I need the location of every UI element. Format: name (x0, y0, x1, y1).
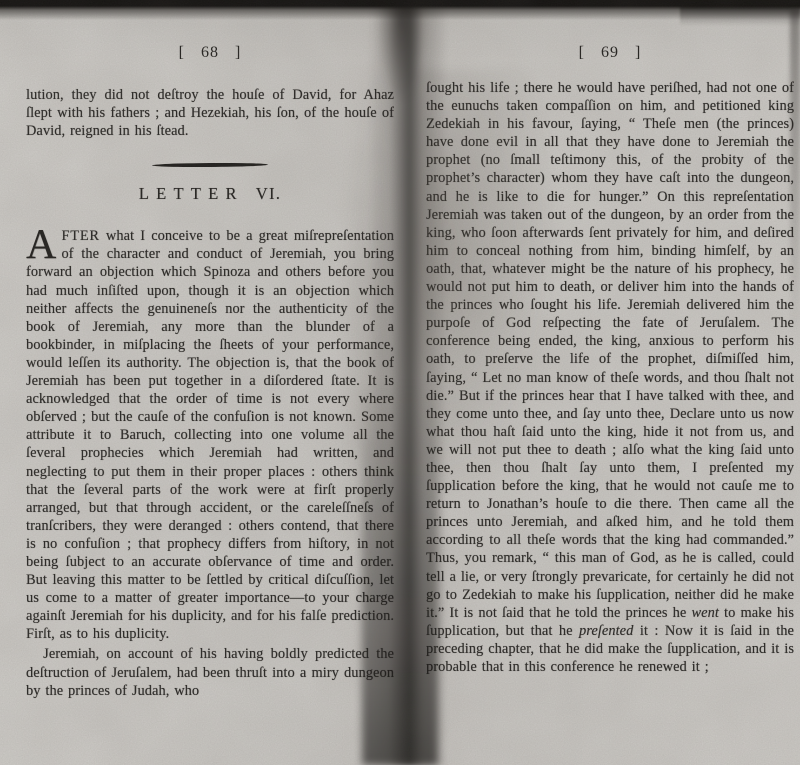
drop-cap: A (26, 227, 61, 261)
section-divider-rule (152, 163, 268, 168)
letter-body-text: what I conceive to be a great miſrepreſe… (26, 228, 394, 642)
page-number-right: [ 69 ] (426, 44, 794, 62)
top-edge-right-shadow (680, 0, 800, 26)
left-page: [ 68 ] lution, they did not deſtroy the … (26, 44, 394, 765)
page-number-left: [ 68 ] (26, 44, 394, 62)
italic-word: preſented (579, 623, 633, 639)
section-heading: LETTERVI. (26, 184, 394, 204)
text-segment: ſought his life ; there he would have pe… (426, 80, 794, 621)
second-paragraph: Jeremiah, on account of his having boldl… (26, 645, 394, 699)
heading-word: LETTER (139, 184, 244, 203)
scan-surface: [ 68 ] lution, they did not deſtroy the … (0, 0, 800, 765)
continuation-paragraph: lution, they did not deſtroy the houſe o… (26, 86, 394, 140)
letter-body-paragraph: AFTER what I conceive to be a great miſr… (26, 227, 394, 643)
italic-word: went (692, 605, 719, 621)
right-page: [ 69 ] ſought his life ; there he would … (426, 44, 794, 765)
top-edge-shadow (0, 0, 800, 20)
right-page-body: ſought his life ; there he would have pe… (426, 79, 794, 676)
letter-lead: FTER (61, 228, 99, 244)
heading-numeral: VI. (256, 184, 282, 203)
